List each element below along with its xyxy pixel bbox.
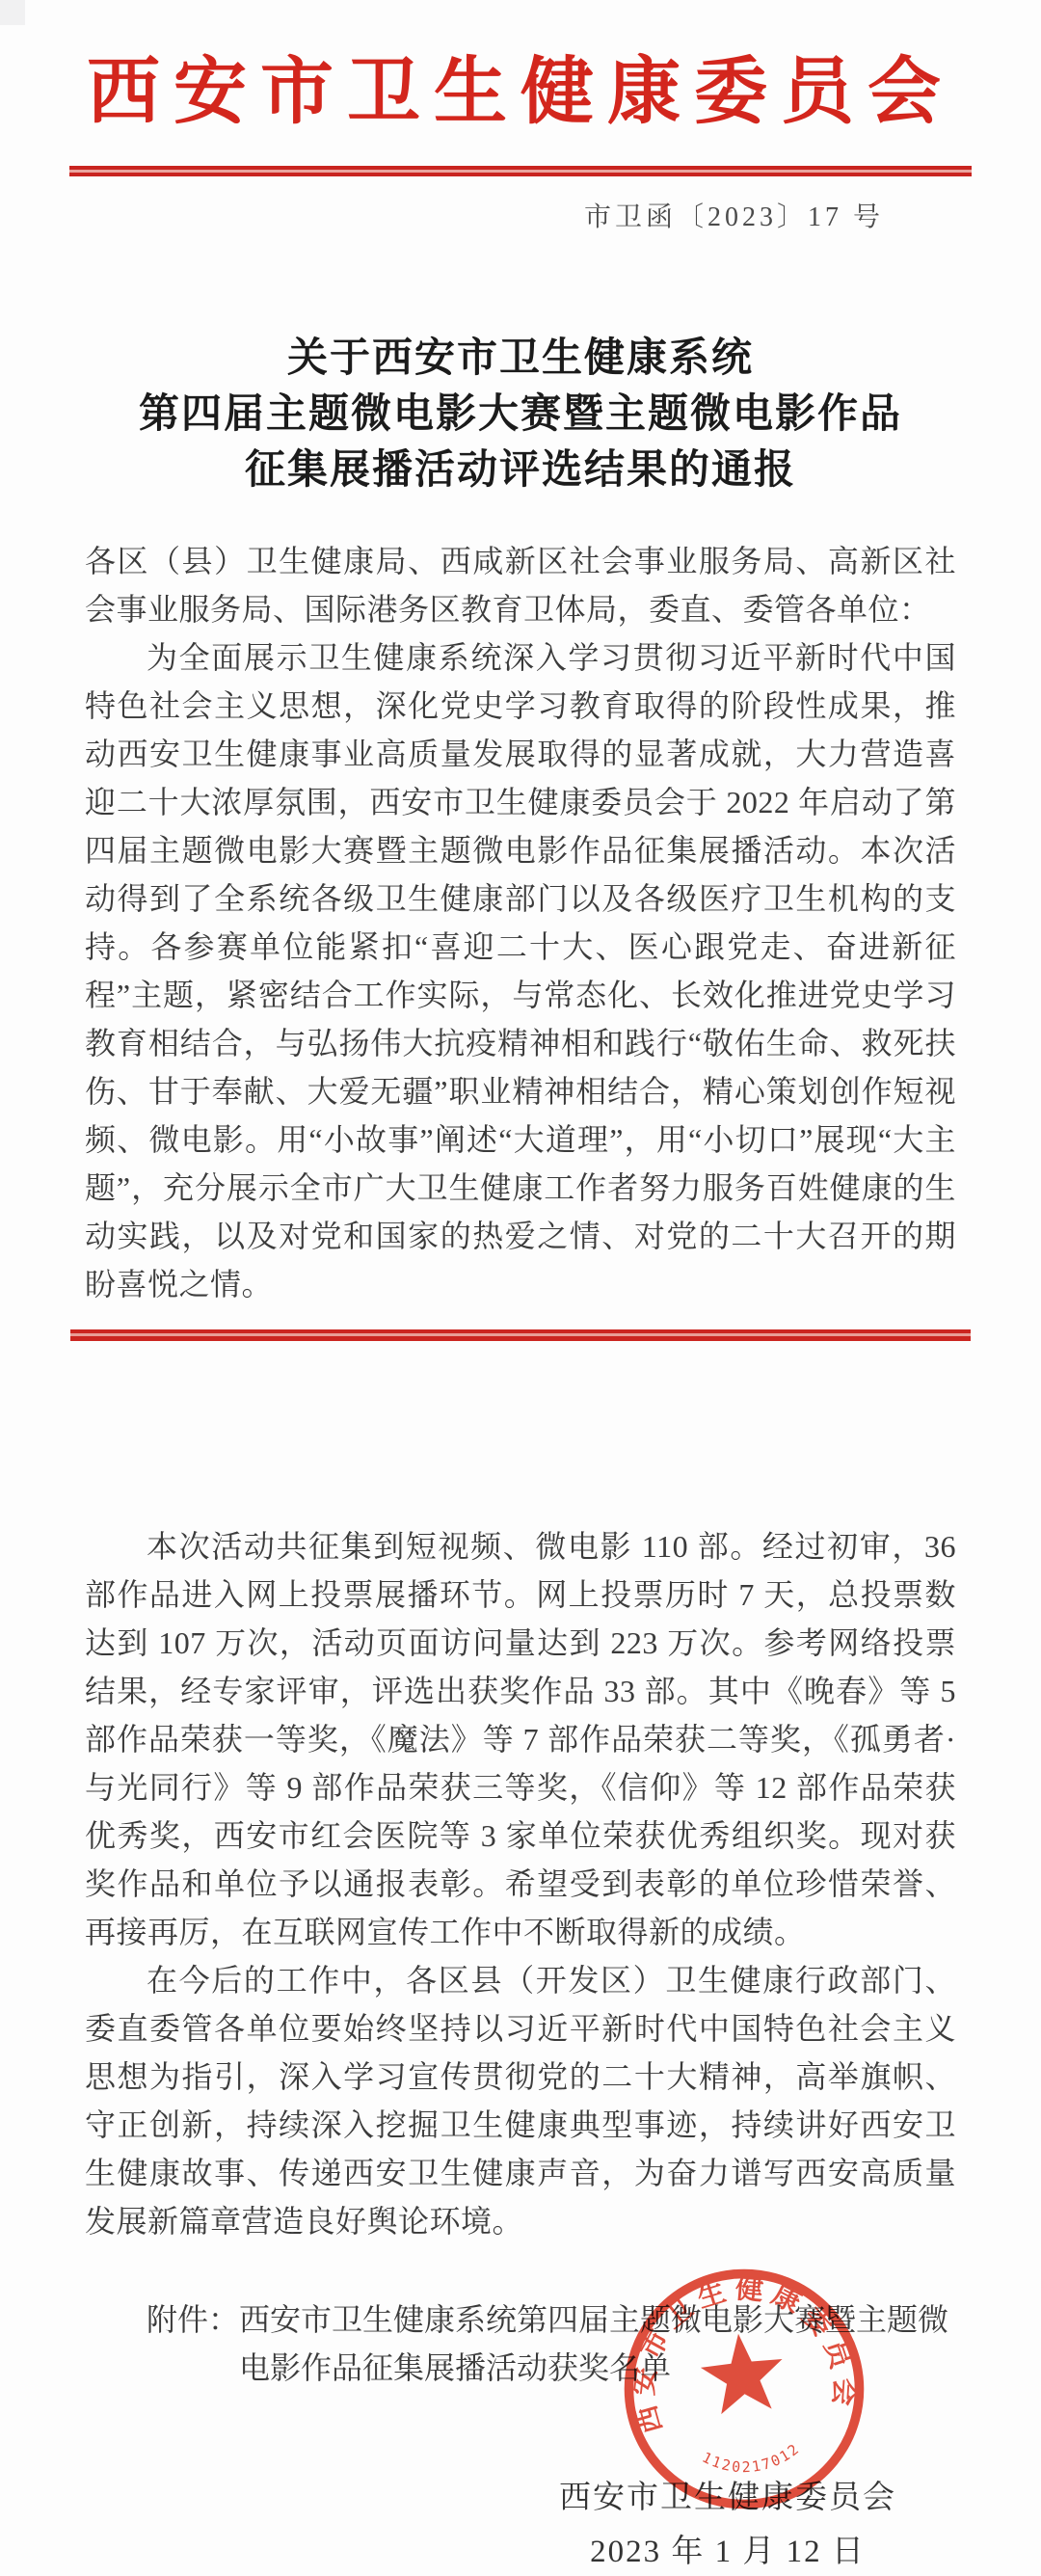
document-body-continued: 本次活动共征集到短视频、微电影 110 部。经过初审，36 部作品进入网上投票展… bbox=[85, 1522, 956, 2245]
notice-title-line-1: 关于西安市卫生健康系统 bbox=[0, 331, 1041, 387]
page-divider bbox=[70, 1329, 971, 1341]
official-notice-page: 西安市卫生健康委员会 市卫函〔2023〕17 号 关于西安市卫生健康系统 第四届… bbox=[0, 0, 1041, 2576]
corner-artifact bbox=[0, 0, 25, 25]
doc-number: 市卫函〔2023〕17 号 bbox=[0, 196, 1041, 234]
salutation: 各区（县）卫生健康局、西咸新区社会事业服务局、高新区社会事业服务局、国际港务区教… bbox=[85, 537, 956, 633]
date: 2023 年 1 月 12 日 bbox=[559, 2525, 896, 2576]
official-seal: 西安市卫生健康委员会 1120217012 bbox=[608, 2253, 879, 2524]
attachment-label: 附件： bbox=[147, 2295, 239, 2392]
svg-text:1120217012: 1120217012 bbox=[698, 2438, 805, 2481]
paragraph-1: 为全面展示卫生健康系统深入学习贯彻习近平新时代中国特色社会主义思想，深化党史学习… bbox=[85, 633, 956, 1308]
attachment-text-line-2: 电影作品征集展播活动获奖名单 bbox=[239, 2350, 671, 2385]
seal-star-icon bbox=[698, 2329, 787, 2416]
notice-title-line-3: 征集展播活动评选结果的通报 bbox=[0, 443, 1041, 498]
notice-title: 关于西安市卫生健康系统 第四届主题微电影大赛暨主题微电影作品 征集展播活动评选结… bbox=[0, 331, 1041, 498]
org-title: 西安市卫生健康委员会 bbox=[0, 0, 1041, 141]
header-rule bbox=[69, 166, 972, 176]
notice-title-line-2: 第四届主题微电影大赛暨主题微电影作品 bbox=[0, 387, 1041, 443]
seal-code: 1120217012 bbox=[698, 2438, 805, 2481]
page-gap bbox=[0, 1341, 1041, 1522]
paragraph-3: 在今后的工作中，各区县（开发区）卫生健康行政部门、委直委管各单位要始终坚持以习近… bbox=[85, 1956, 956, 2245]
paragraph-2: 本次活动共征集到短视频、微电影 110 部。经过初审，36 部作品进入网上投票展… bbox=[85, 1522, 956, 1956]
closing-block: 西安市卫生健康委员会 2023 年 1 月 12 日 bbox=[0, 2471, 1041, 2576]
document-body: 各区（县）卫生健康局、西咸新区社会事业服务局、高新区社会事业服务局、国际港务区教… bbox=[85, 537, 956, 1308]
